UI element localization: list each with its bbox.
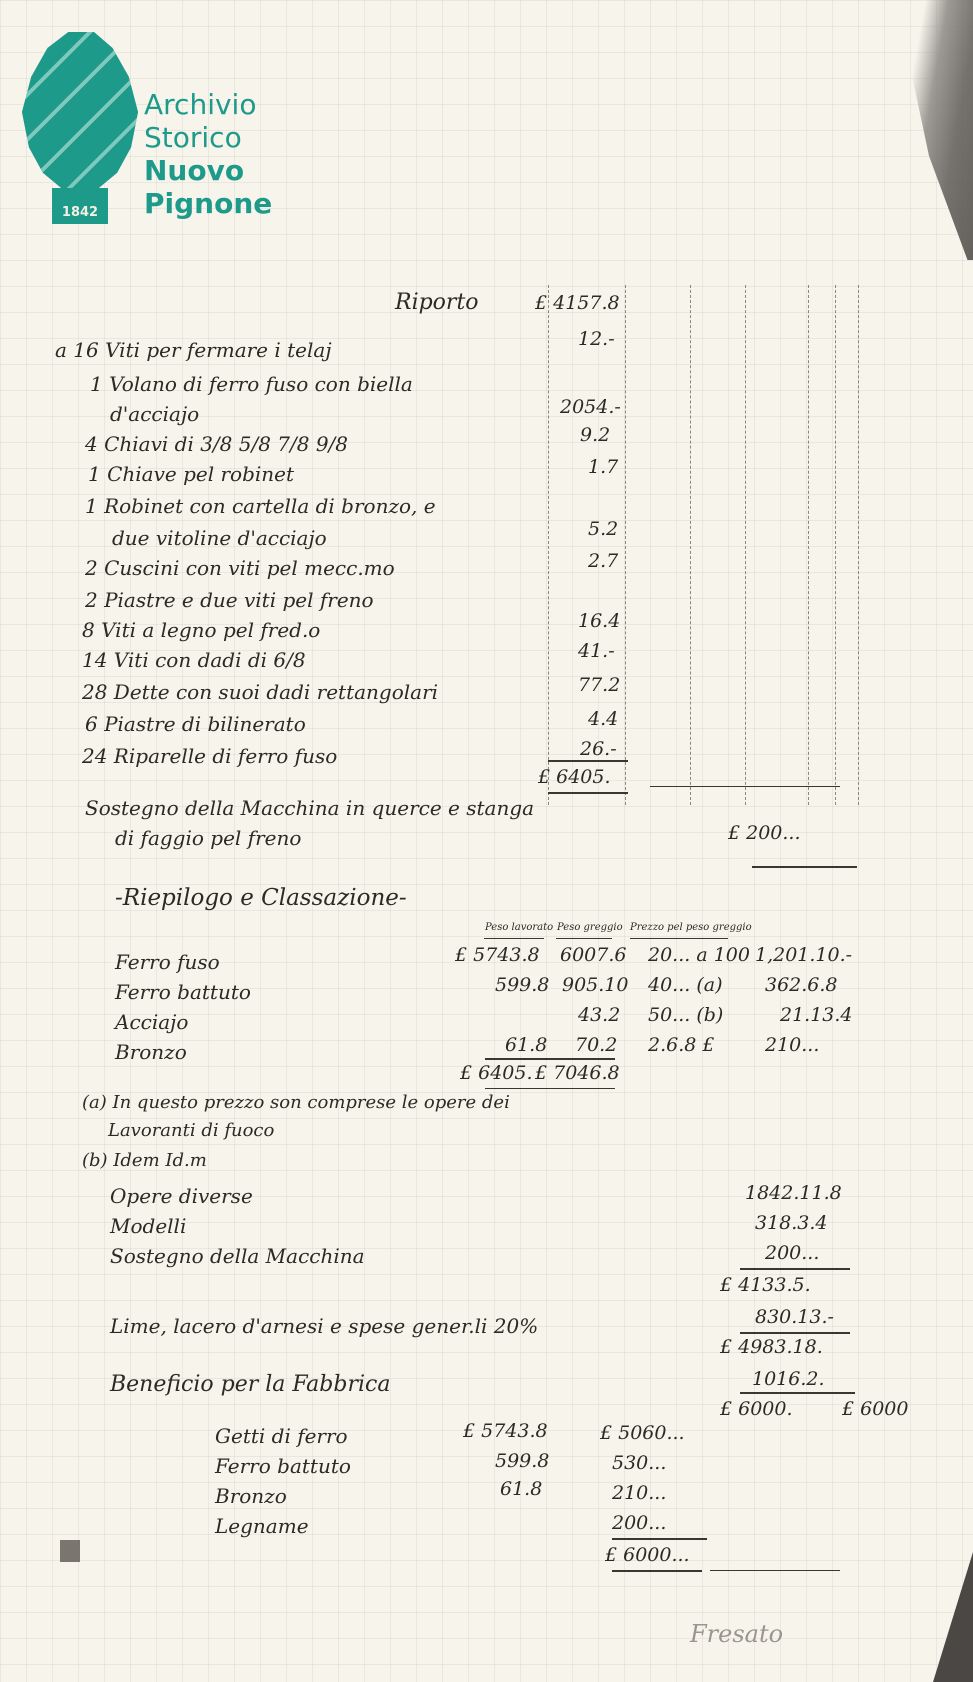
breakdown-value: £ 5060...	[600, 1422, 685, 1444]
breakdown-total: £ 6000...	[605, 1544, 690, 1566]
peso-greggio: 43.2	[578, 1004, 620, 1026]
ledger-item-value: 41.-	[578, 640, 615, 662]
ledger-item-desc: 14 Viti con dadi di 6/8	[82, 648, 306, 672]
ledger-item-desc: 1 Chiave pel robinet	[88, 462, 294, 486]
total-lavorato: £ 6405.	[460, 1062, 533, 1084]
ledger-item-desc: 1 Volano di ferro fuso con biella	[90, 372, 413, 396]
breakdown-weight: 61.8	[500, 1478, 542, 1500]
column-divider	[808, 285, 809, 805]
ledger-item-value: 12.-	[578, 328, 615, 350]
header-underline	[630, 938, 728, 939]
sum-rule	[612, 1570, 702, 1572]
spese-value: 830.13.-	[755, 1306, 834, 1328]
pinecone-icon: 1842	[22, 32, 138, 230]
grand-total-right: £ 6000	[842, 1398, 908, 1420]
sum-rule	[710, 1570, 840, 1571]
logo-line2: Storico	[144, 121, 272, 154]
cost-subtotal2: £ 4983.18.	[720, 1336, 823, 1358]
breakdown-value: 210...	[612, 1482, 666, 1504]
ledger-item-value: 1.7	[588, 456, 618, 478]
ledger-item-desc: 28 Dette con suoi dadi rettangolari	[82, 680, 438, 704]
material-label: Ferro fuso	[115, 950, 220, 974]
archive-logo: 1842 Archivio Storico Nuovo Pignone	[22, 32, 272, 230]
cost-label: Sostegno della Macchina	[110, 1244, 365, 1268]
sum-rule	[740, 1332, 850, 1334]
breakdown-value: 200...	[612, 1512, 666, 1534]
ledger-item-value: 16.4	[578, 610, 620, 632]
logo-line4: Pignone	[144, 187, 272, 220]
ink-blot	[60, 1540, 80, 1562]
ledger-item-desc: a 16 Viti per fermare i telaj	[55, 338, 332, 362]
ledger-item-value: 26.-	[580, 738, 617, 760]
sum-rule	[740, 1392, 855, 1394]
column-header-peso-greggio: Peso greggio	[557, 922, 623, 933]
peso-greggio: 905.10	[562, 974, 628, 996]
column-divider	[690, 285, 691, 805]
ledger-item-desc: d'acciajo	[110, 402, 199, 426]
cost-value: 318.3.4	[755, 1212, 828, 1234]
sum-rule	[485, 1058, 615, 1060]
sum-rule	[612, 1538, 707, 1540]
material-label: Bronzo	[115, 1040, 187, 1064]
ledger-item-value: 4.4	[588, 708, 618, 730]
prezzo: 20... a 100	[648, 944, 750, 966]
totale: 210...	[765, 1034, 819, 1056]
total-greggio: £ 7046.8	[535, 1062, 620, 1084]
ledger-item-desc: 2 Cuscini con viti pel mecc.mo	[85, 556, 395, 580]
prezzo: 40... (a)	[648, 974, 723, 996]
sum-rule	[650, 786, 840, 787]
logo-wordmark: Archivio Storico Nuovo Pignone	[144, 88, 272, 220]
cost-label: Modelli	[110, 1214, 186, 1238]
spese-label: Lime, lacero d'arnesi e spese gener.li 2…	[110, 1314, 538, 1338]
cost-label: Opere diverse	[110, 1184, 253, 1208]
header-underline	[484, 938, 544, 939]
sum-rule	[752, 866, 857, 868]
sostegno-line2: di faggio pel freno	[115, 826, 301, 850]
ledger-item-desc: 6 Piastre di bilinerato	[85, 712, 306, 736]
ledger-item-desc: 2 Piastre e due viti pel freno	[85, 588, 374, 612]
totale: 362.6.8	[765, 974, 838, 996]
sum-rule	[740, 1268, 850, 1270]
cost-subtotal1: £ 4133.5.	[720, 1274, 811, 1296]
sum-rule	[548, 792, 628, 794]
totale: 1,201.10.-	[755, 944, 852, 966]
column-divider	[858, 285, 859, 805]
ledger-item-desc: 1 Robinet con cartella di bronzo, e	[85, 494, 436, 518]
totale: 21.13.4	[780, 1004, 853, 1026]
peso-lavorato: £ 5743.8	[455, 944, 540, 966]
breakdown-label: Ferro battuto	[215, 1454, 351, 1478]
logo-year: 1842	[52, 188, 108, 224]
breakdown-label: Legname	[215, 1514, 309, 1538]
peso-greggio: 6007.6	[560, 944, 626, 966]
column-divider	[548, 285, 549, 805]
ledger-item-value: 2054.-	[560, 396, 621, 418]
breakdown-value: 530...	[612, 1452, 666, 1474]
riporto-label: Riporto	[395, 290, 479, 315]
logo-line1: Archivio	[144, 88, 272, 121]
column-header-prezzo: Prezzo pel peso greggio	[630, 922, 752, 933]
material-label: Ferro battuto	[115, 980, 251, 1004]
sostegno-value: £ 200...	[728, 822, 801, 844]
ledger-item-desc: 4 Chiavi di 3/8 5/8 7/8 9/8	[85, 432, 348, 456]
ledger-item-value: 5.2	[588, 518, 618, 540]
cost-value: 1842.11.8	[745, 1182, 842, 1204]
ledger-subtotal: £ 6405.	[538, 766, 611, 788]
footnote-a-cont: Lavoranti di fuoco	[108, 1120, 274, 1141]
peso-greggio: 70.2	[575, 1034, 617, 1056]
riporto-value: £ 4157.8	[535, 292, 620, 314]
pencil-note: Fresato	[690, 1620, 783, 1648]
grand-total: £ 6000.	[720, 1398, 793, 1420]
material-label: Acciajo	[115, 1010, 188, 1034]
column-divider	[625, 285, 626, 805]
column-header-peso-lavorato: Peso lavorato	[485, 922, 553, 933]
beneficio-value: 1016.2.	[752, 1368, 825, 1390]
prezzo: 2.6.8 £	[648, 1034, 714, 1056]
footnote-b: (b) Idem Id.m	[82, 1150, 207, 1171]
ledger-item-value: 9.2	[580, 424, 610, 446]
logo-line3: Nuovo	[144, 154, 272, 187]
footnote-a: (a) In questo prezzo son comprese le ope…	[82, 1092, 510, 1113]
riepilogo-title: -Riepilogo e Classazione-	[115, 885, 407, 911]
ledger-item-desc: due vitoline d'acciajo	[112, 526, 327, 550]
ledger-item-desc: 24 Riparelle di ferro fuso	[82, 744, 337, 768]
ledger-item-desc: 8 Viti a legno pel fred.o	[82, 618, 320, 642]
column-divider	[745, 285, 746, 805]
header-underline	[556, 938, 612, 939]
breakdown-label: Bronzo	[215, 1484, 287, 1508]
breakdown-weight: 599.8	[495, 1450, 549, 1472]
column-divider	[835, 285, 836, 805]
ledger-item-value: 2.7	[588, 550, 618, 572]
sum-rule	[548, 760, 628, 762]
cost-value: 200...	[765, 1242, 819, 1264]
peso-lavorato: 61.8	[505, 1034, 547, 1056]
sostegno-line1: Sostegno della Macchina in querce e stan…	[85, 796, 534, 820]
beneficio-label: Beneficio per la Fabbrica	[110, 1372, 390, 1397]
peso-lavorato: 599.8	[495, 974, 549, 996]
breakdown-label: Getti di ferro	[215, 1424, 348, 1448]
prezzo: 50... (b)	[648, 1004, 723, 1026]
breakdown-weight: £ 5743.8	[463, 1420, 548, 1442]
sum-rule	[485, 1088, 615, 1089]
ledger-item-value: 77.2	[578, 674, 620, 696]
